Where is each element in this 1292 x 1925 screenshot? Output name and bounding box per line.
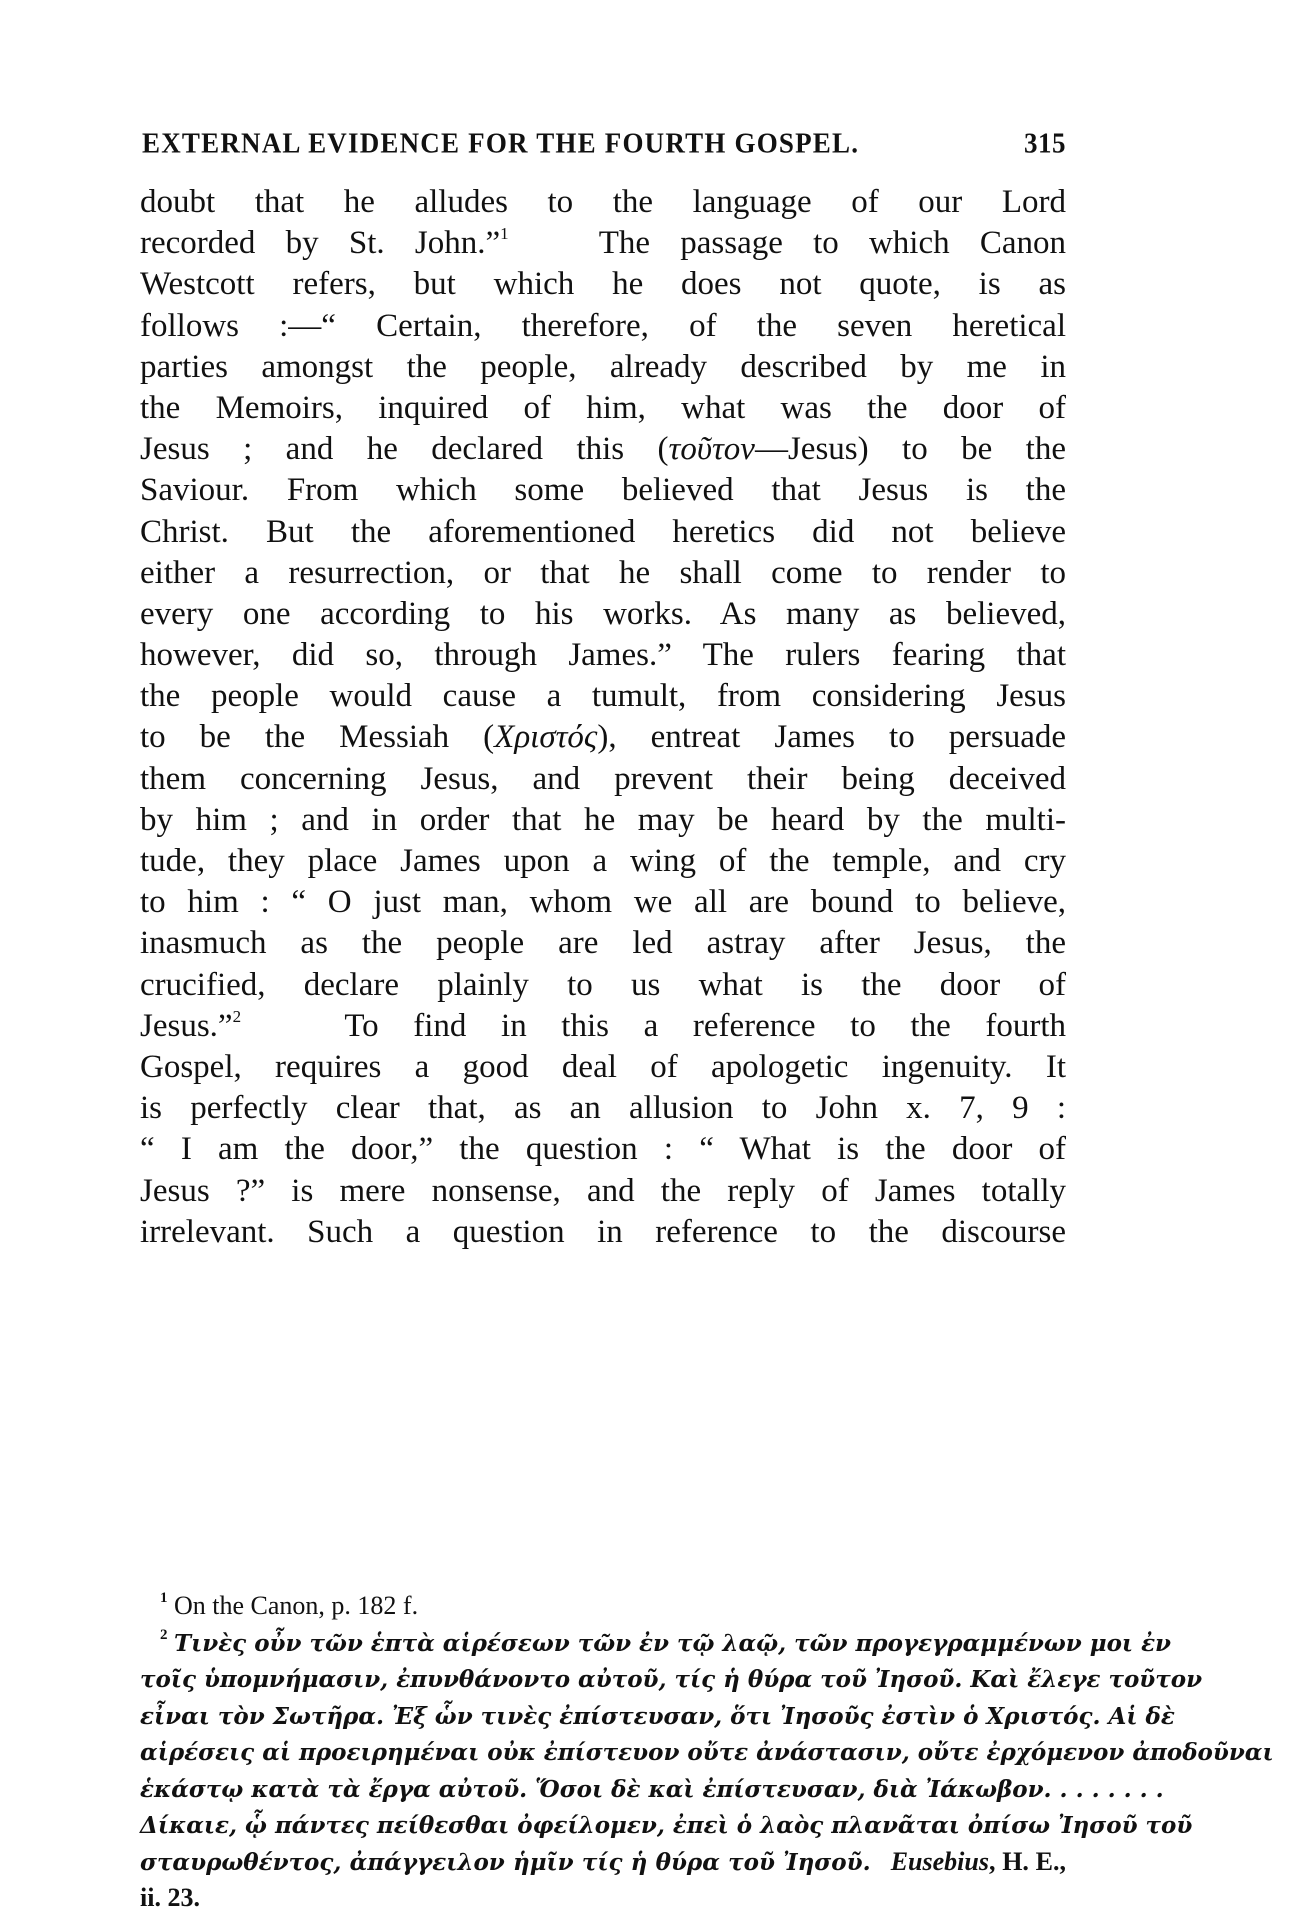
greek-word: τοῦτον xyxy=(669,431,755,467)
footnote-1: 1 On the Canon, p. 182 f. xyxy=(140,1588,1066,1625)
body-line: follows :—“ Certain, therefore, of the s… xyxy=(140,306,1066,347)
body-line: Jesus.”2 To find in this a reference to … xyxy=(140,1006,1066,1047)
greek-text: αἱρέσεις αἱ προειρημέναι οὐκ ἐπίστευον ο… xyxy=(140,1739,1274,1766)
footnotes: 1 On the Canon, p. 182 f. 2 Τινὲς οὖν τῶ… xyxy=(140,1588,1066,1917)
greek-text: εἶναι τὸν Σωτῆρα. Ἐξ ὧν τινὲς ἐπίστευσαν… xyxy=(140,1703,1175,1730)
body-text: doubt that he alludes to the language of… xyxy=(140,182,1066,1253)
body-line: Saviour. From which some believed that J… xyxy=(140,470,1066,511)
body-line: parties amongst the people, already desc… xyxy=(140,347,1066,388)
footnote-2-line: ἑκάστῳ κατὰ τὰ ἔργα αὐτοῦ. Ὅσοι δὲ καὶ ἐ… xyxy=(140,1771,1066,1808)
body-line: recorded by St. John.”1 The passage to w… xyxy=(140,223,1066,264)
citation-work: , H. E., xyxy=(989,1847,1066,1876)
footnote-2-line: Δίκαιε, ᾧ πάντες πείθεσθαι ὀφείλομεν, ἐπ… xyxy=(140,1807,1066,1844)
line-text: ), entreat James to persuade xyxy=(597,719,1066,755)
body-line: either a resurrection, or that he shall … xyxy=(140,553,1066,594)
line-text: Jesus.” xyxy=(140,1008,233,1044)
body-line: Jesus ; and he declared this (τοῦτον—Jes… xyxy=(140,429,1066,470)
body-line: “ I am the door,” the question : “ What … xyxy=(140,1129,1066,1170)
footnote-marker: 1 xyxy=(160,1590,168,1606)
body-line: them concerning Jesus, and prevent their… xyxy=(140,759,1066,800)
body-line: to be the Messiah (Χριστός), entreat Jam… xyxy=(140,717,1066,758)
running-head: EXTERNAL EVIDENCE FOR THE FOURTH GOSPEL.… xyxy=(142,127,1066,160)
footnote-2-line: ii. 23. xyxy=(140,1880,1066,1917)
line-text: The passage to which Canon xyxy=(599,225,1066,261)
body-line: Gospel, requires a good deal of apologet… xyxy=(140,1047,1066,1088)
body-line: however, did so, through James.” The rul… xyxy=(140,635,1066,676)
greek-text: ἑκάστῳ κατὰ τὰ ἔργα αὐτοῦ. Ὅσοι δὲ καὶ ἐ… xyxy=(140,1776,1164,1803)
body-line: irrelevant. Such a question in reference… xyxy=(140,1212,1066,1253)
line-text: To find in this a reference to the fourt… xyxy=(344,1008,1066,1044)
citation-ref: ii. 23. xyxy=(140,1883,200,1912)
greek-word: Χριστός xyxy=(494,719,597,755)
body-line: is perfectly clear that, as an allusion … xyxy=(140,1088,1066,1129)
body-line: Westcott refers, but which he does not q… xyxy=(140,264,1066,305)
body-line: Jesus ?” is mere nonsense, and the reply… xyxy=(140,1171,1066,1212)
line-text: —Jesus) to be the xyxy=(755,431,1066,467)
footnote-2-line: τοῖς ὑπομνήμασιν, ἐπυνθάνοντο αὐτοῦ, τίς… xyxy=(140,1661,1066,1698)
citation-author: Eusebius xyxy=(891,1847,989,1876)
footnote-ref-2: 2 xyxy=(233,1007,242,1026)
body-line: the people would cause a tumult, from co… xyxy=(140,676,1066,717)
line-text: Jesus ; and he declared this ( xyxy=(140,431,669,467)
body-line: the Memoirs, inquired of him, what was t… xyxy=(140,388,1066,429)
footnote-2-line: εἶναι τὸν Σωτῆρα. Ἐξ ὧν τινὲς ἐπίστευσαν… xyxy=(140,1698,1066,1735)
greek-text: σταυρωθέντος, ἀπάγγειλον ἡμῖν τίς ἡ θύρα… xyxy=(140,1849,871,1876)
body-line: Christ. But the aforementioned heretics … xyxy=(140,512,1066,553)
footnote-2-line: σταυρωθέντος, ἀπάγγειλον ἡμῖν τίς ἡ θύρα… xyxy=(140,1844,1066,1881)
greek-text: τοῖς ὑπομνήμασιν, ἐπυνθάνοντο αὐτοῦ, τίς… xyxy=(140,1666,1202,1693)
greek-text: Τινὲς οὖν τῶν ἑπτὰ αἱρέσεων τῶν ἐν τῷ λα… xyxy=(174,1630,1171,1657)
footnote-2-line: 2 Τινὲς οὖν τῶν ἑπτὰ αἱρέσεων τῶν ἐν τῷ … xyxy=(140,1625,1066,1662)
footnote-ref-1: 1 xyxy=(500,224,509,243)
line-text: to be the Messiah ( xyxy=(140,719,494,755)
body-line: crucified, declare plainly to us what is… xyxy=(140,965,1066,1006)
body-line: by him ; and in order that he may be hea… xyxy=(140,800,1066,841)
footnote-marker: 2 xyxy=(160,1627,168,1643)
line-text: recorded by St. John.” xyxy=(140,225,500,261)
page-number: 315 xyxy=(1024,127,1066,160)
body-line: inasmuch as the people are led astray af… xyxy=(140,923,1066,964)
body-line: doubt that he alludes to the language of… xyxy=(140,182,1066,223)
body-line: to him : “ O just man, whom we all are b… xyxy=(140,882,1066,923)
footnote-text: On the Canon, p. 182 f. xyxy=(174,1591,418,1620)
footnote-2-line: αἱρέσεις αἱ προειρημέναι οὐκ ἐπίστευον ο… xyxy=(140,1734,1066,1771)
body-line: every one according to his works. As man… xyxy=(140,594,1066,635)
body-line: tude, they place James upon a wing of th… xyxy=(140,841,1066,882)
greek-text: Δίκαιε, ᾧ πάντες πείθεσθαι ὀφείλομεν, ἐπ… xyxy=(140,1812,1192,1839)
running-title: EXTERNAL EVIDENCE FOR THE FOURTH GOSPEL. xyxy=(142,127,859,160)
